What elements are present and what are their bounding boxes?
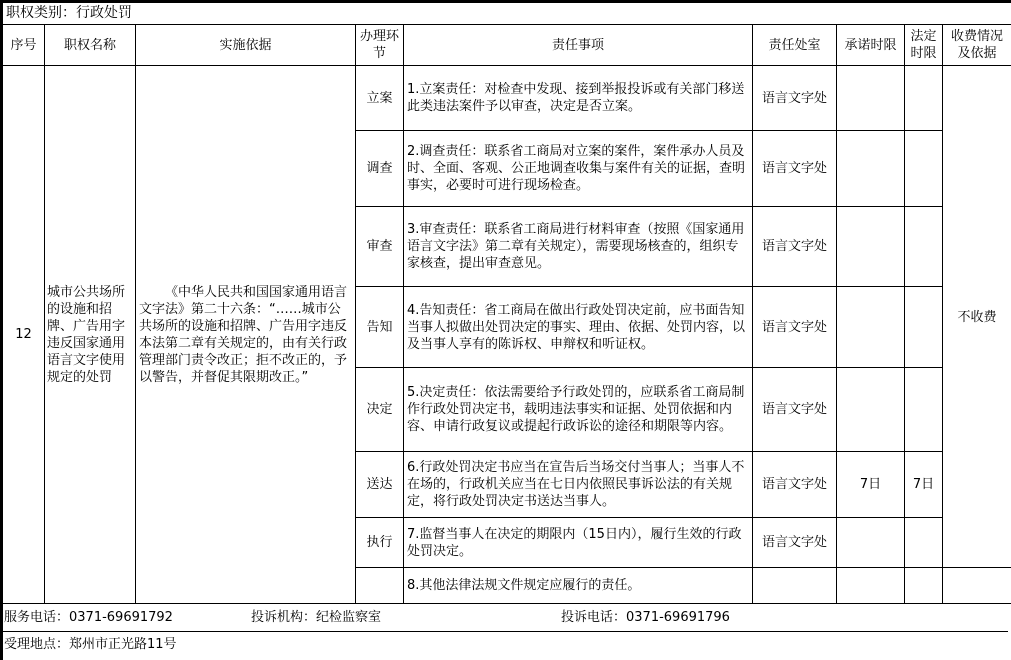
fee-cell xyxy=(943,567,1011,604)
duty-cell: 7.监督当事人在决定的期限内（15日内），履行生效的行政处罚决定。 xyxy=(404,518,753,568)
dept-cell: 语言文字处 xyxy=(753,518,837,568)
stage-cell: 调查 xyxy=(356,131,404,207)
header-fee: 收费情况及依据 xyxy=(943,25,1011,66)
footer-divider xyxy=(0,631,1008,632)
legal-cell xyxy=(905,518,943,568)
dept-cell: 语言文字处 xyxy=(753,368,837,452)
dept-cell: 语言文字处 xyxy=(753,207,837,287)
legal-cell xyxy=(905,66,943,131)
record-fee: 不收费 xyxy=(943,66,1011,568)
duty-cell: 2.调查责任：联系省工商局对立案的案件，案件承办人员及时、全面、客观、公正地调查… xyxy=(404,131,753,207)
legal-cell xyxy=(905,207,943,287)
duty-cell: 1.立案责任：对检查中发现、接到举报投诉或有关部门移送此类违法案件予以审查，决定… xyxy=(404,66,753,131)
stage-cell: 审查 xyxy=(356,207,404,287)
duty-cell: 6.行政处罚决定书应当在宣告后当场交付当事人；当事人不在场的，行政机关应当在七日… xyxy=(404,452,753,518)
header-legal: 法定时限 xyxy=(905,25,943,66)
duty-cell: 8.其他法律法规文件规定应履行的责任。 xyxy=(404,568,753,604)
promise-cell xyxy=(837,518,905,568)
promise-cell xyxy=(837,568,905,604)
legal-cell xyxy=(905,568,943,604)
stage-cell: 决定 xyxy=(356,368,404,452)
dept-cell: 语言文字处 xyxy=(753,66,837,131)
stage-cell: 执行 xyxy=(356,518,404,568)
promise-cell xyxy=(837,368,905,452)
stage-cell xyxy=(356,568,404,604)
dept-cell: 语言文字处 xyxy=(753,452,837,518)
legal-cell xyxy=(905,368,943,452)
header-dept: 责任处室 xyxy=(753,25,837,66)
header-name: 职权名称 xyxy=(45,25,136,66)
category-row: 职权类别：行政处罚 xyxy=(3,3,1011,25)
category-label: 职权类别： xyxy=(6,5,76,22)
header-stage: 办理环节 xyxy=(356,25,404,66)
header-basis: 实施依据 xyxy=(136,25,356,66)
dept-cell: 语言文字处 xyxy=(753,131,837,207)
header-promise: 承诺时限 xyxy=(837,25,905,66)
stage-cell: 立案 xyxy=(356,66,404,131)
duty-cell: 3.审查责任：联系省工商局进行材料审查（按照《国家通用语言文字法》第二章有关规定… xyxy=(404,207,753,287)
complaint-org: 投诉机构：纪检监察室 xyxy=(251,609,381,627)
promise-cell xyxy=(837,287,905,368)
record-seq: 12 xyxy=(3,66,45,604)
address: 受理地点：郑州市正光路11号 xyxy=(4,636,177,654)
stage-cell: 送达 xyxy=(356,452,404,518)
header-seq: 序号 xyxy=(3,25,45,66)
promise-cell xyxy=(837,207,905,287)
complaint-phone: 投诉电话：0371-69691796 xyxy=(561,609,730,627)
duty-cell: 4.告知责任：省工商局在做出行政处罚决定前，应书面告知当事人拟做出处罚决定的事实… xyxy=(404,287,753,368)
legal-cell xyxy=(905,287,943,368)
dept-cell: 语言文字处 xyxy=(753,287,837,368)
service-phone: 服务电话：0371-69691792 xyxy=(4,609,173,627)
record-name: 城市公共场所的设施和招牌、广告用字违反国家通用语言文字使用规定的处罚 xyxy=(45,66,136,604)
promise-cell xyxy=(837,131,905,207)
duty-cell: 5.决定责任：依法需要给予行政处罚的，应联系省工商局制作行政处罚决定书，载明违法… xyxy=(404,368,753,452)
category-value: 行政处罚 xyxy=(76,5,132,22)
header-duty: 责任事项 xyxy=(404,25,753,66)
promise-cell: 7日 xyxy=(837,452,905,518)
legal-cell: 7日 xyxy=(905,452,943,518)
dept-cell xyxy=(753,568,837,604)
record-basis: 《中华人民共和国国家通用语言文字法》第二十六条：“……城市公共场所的设施和招牌、… xyxy=(136,66,356,604)
legal-cell xyxy=(905,131,943,207)
stage-cell: 告知 xyxy=(356,287,404,368)
promise-cell xyxy=(837,66,905,131)
